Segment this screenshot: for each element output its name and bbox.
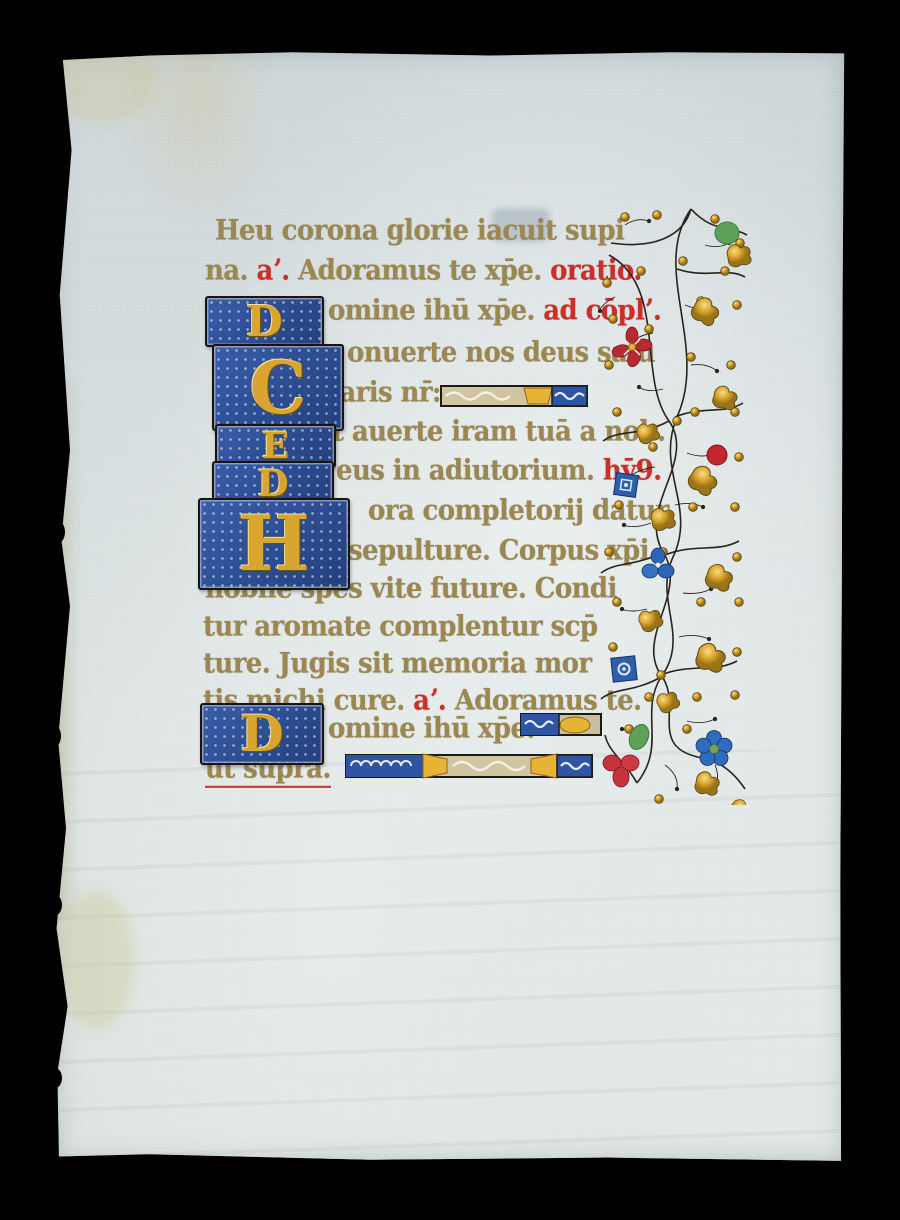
line-filler: [440, 383, 588, 409]
binding-notch: [48, 520, 65, 544]
binding-notch: [46, 436, 62, 458]
blue-square-flower: [611, 656, 637, 682]
blue-five-petal-flower: [696, 731, 732, 766]
floral-border: [595, 205, 760, 805]
green-leaf: [715, 222, 739, 244]
text-line: taris nr̄:: [328, 377, 441, 415]
line-filler: [345, 750, 593, 782]
latin-text: tur aromate complentur scp̄: [203, 611, 597, 643]
latin-text: na.: [205, 255, 256, 287]
text-line: tur aromate complentur scp̄: [203, 611, 597, 649]
text-line: ture. Jugis sit memoria mor: [203, 648, 592, 686]
latin-text: Adoramus te xp̄e.: [298, 255, 550, 287]
text-line: omine ihū xp̄e.: [328, 713, 535, 751]
binding-notch: [50, 138, 61, 155]
line-filler: [520, 710, 602, 740]
illuminated-initial-H: H: [198, 498, 350, 590]
initial-letter: D: [240, 709, 283, 759]
stain: [49, 380, 79, 920]
gold-bezants: [603, 211, 745, 804]
initial-letter: C: [249, 352, 306, 424]
initial-letter: H: [238, 506, 310, 582]
latin-text: ture. Jugis sit memoria mor: [203, 648, 592, 680]
initial-letter: D: [246, 301, 282, 343]
manuscript-photo: { "palette": { "background": "#000000", …: [0, 0, 900, 1220]
latin-text: eus in adiutorium.: [336, 455, 603, 487]
illuminated-initial-D: D: [200, 703, 324, 765]
latin-text: Heu corona glorie iacuit supi: [215, 215, 624, 247]
antiphon-mark: aʼ.: [256, 255, 298, 287]
parchment-leaf: Heu corona glorie iacuit supi na. aʼ. Ad…: [55, 50, 845, 1162]
stain: [47, 42, 157, 122]
binding-notch: [44, 724, 61, 748]
latin-text: omine ihū xp̄e.: [328, 295, 543, 327]
blue-trefoil-flower: [642, 548, 674, 578]
initial-letter: D: [257, 466, 288, 502]
latin-text: omine ihū xp̄e.: [328, 713, 535, 745]
text-line: Heu corona glorie iacuit supi: [215, 215, 624, 253]
illuminated-initial-D: D: [205, 296, 324, 347]
illuminated-initial-C: C: [212, 344, 344, 431]
blue-square-flower: [614, 473, 639, 498]
text-line: na. aʼ. Adoramus te xp̄e. oratio.: [205, 255, 642, 293]
initial-letter: E: [262, 428, 289, 464]
red-flower: [611, 327, 652, 369]
red-berry: [707, 445, 727, 465]
binding-notch: [46, 894, 62, 916]
latin-text: taris nr̄:: [328, 377, 441, 409]
stain: [57, 890, 135, 1030]
parchment-wrinkles: [55, 750, 845, 1162]
binding-notch: [48, 1068, 62, 1088]
